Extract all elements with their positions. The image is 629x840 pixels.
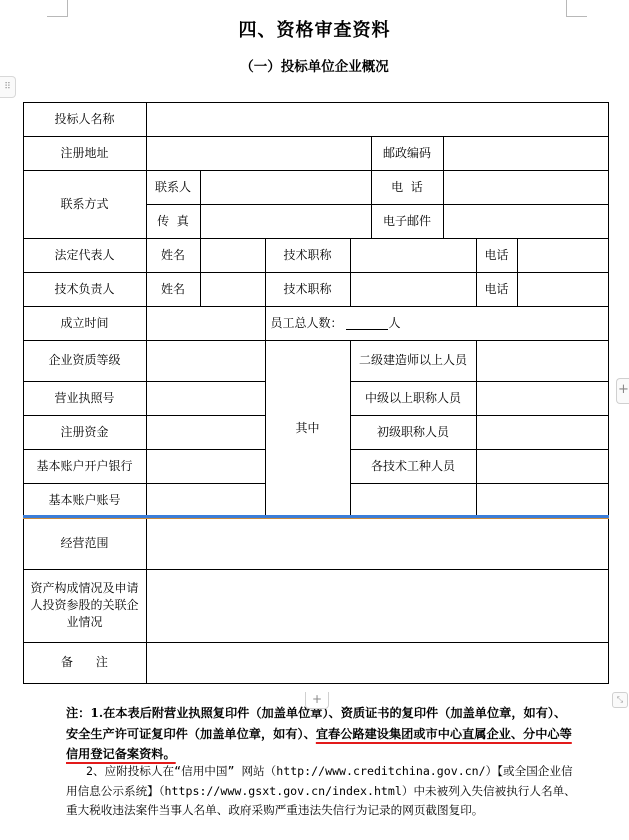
cell-license-label: 营业执照号 — [23, 381, 147, 416]
cell-bank-label: 基本账户开户银行 — [23, 449, 147, 484]
cell-email-value[interactable] — [443, 204, 609, 239]
cell-staff-count[interactable]: 员工总人数： 人 — [265, 306, 609, 341]
cell-staff-breakdown-label: 初级职称人员 — [350, 415, 477, 450]
cell-founded-label: 成立时间 — [23, 306, 147, 341]
cell-tech-lead-phone-value[interactable] — [517, 272, 609, 307]
cell-legal-rep-title-value[interactable] — [350, 238, 477, 273]
cell-business-scope-label: 经营范围 — [23, 517, 147, 570]
staff-count-label: 员工总人数： — [271, 315, 343, 332]
cell-staff-breakdown-value[interactable] — [476, 449, 609, 484]
cell-legal-rep-phone-label: 电话 — [476, 238, 518, 273]
add-row-button[interactable]: + — [305, 692, 329, 709]
cell-staff-breakdown-label: 各技术工种人员 — [350, 449, 477, 484]
add-column-button[interactable]: + — [616, 378, 629, 404]
cell-staff-breakdown-label: 中级以上职称人员 — [350, 381, 477, 416]
cell-founded-value[interactable] — [146, 306, 266, 341]
cell-tech-lead-name-label: 姓名 — [146, 272, 201, 307]
section-subtitle: （一）投标单位企业概况 — [0, 55, 629, 75]
cell-legal-rep-name-label: 姓名 — [146, 238, 201, 273]
note-1: 注：1.在本表后附营业执照复印件（加盖单位章）、资质证书的复印件（加盖单位章，如… — [66, 703, 576, 765]
cell-staff-breakdown-label: 二级建造师以上人员 — [350, 340, 477, 382]
cell-fax-label: 传 真 — [146, 204, 201, 239]
cell-tech-lead-title-value[interactable] — [350, 272, 477, 307]
cell-legal-rep-phone-value[interactable] — [517, 238, 609, 273]
cell-tech-lead-label: 技术负责人 — [23, 272, 147, 307]
cell-qualification-label: 企业资质等级 — [23, 340, 147, 382]
cell-legal-rep-label: 法定代表人 — [23, 238, 147, 273]
cell-reg-capital-label: 注册资金 — [23, 415, 147, 450]
page-corner-mark-left — [47, 0, 68, 17]
cell-postcode-label: 邮政编码 — [371, 136, 444, 171]
staff-count-blank[interactable] — [346, 317, 388, 330]
cell-legal-rep-title-label: 技术职称 — [265, 238, 351, 273]
cell-staff-breakdown-label[interactable] — [350, 483, 477, 518]
page-title: 四、资格审查资料 — [0, 16, 629, 42]
cell-bank-value[interactable] — [146, 449, 266, 484]
cell-staff-breakdown-value[interactable] — [476, 483, 609, 518]
cell-contact-person-label: 联系人 — [146, 170, 201, 205]
cell-reg-address-label: 注册地址 — [23, 136, 147, 171]
cell-legal-rep-name-value[interactable] — [200, 238, 266, 273]
note-2: 2、应附投标人在“信用中国” 网站（http://www.creditchina… — [66, 762, 576, 821]
note-2-text: 2、应附投标人在“信用中国” 网站（http://www.creditchina… — [66, 764, 576, 817]
cell-bidder-name-label: 投标人名称 — [23, 102, 147, 137]
row-selection-indicator — [23, 515, 609, 518]
cell-remarks-value[interactable] — [146, 642, 609, 684]
cell-phone-value[interactable] — [443, 170, 609, 205]
cell-license-value[interactable] — [146, 381, 266, 416]
cell-postcode-value[interactable] — [443, 136, 609, 171]
cell-staff-breakdown-value[interactable] — [476, 340, 609, 382]
table-resize-icon[interactable]: ⤡ — [612, 692, 628, 708]
cell-account-value[interactable] — [146, 483, 266, 518]
cell-assets-value[interactable] — [146, 569, 609, 643]
cell-qualification-value[interactable] — [146, 340, 266, 382]
cell-fax-value[interactable] — [200, 204, 372, 239]
cell-account-label: 基本账户账号 — [23, 483, 147, 518]
cell-contact-label: 联系方式 — [23, 170, 147, 239]
cell-tech-lead-title-label: 技术职称 — [265, 272, 351, 307]
staff-count-unit: 人 — [389, 315, 401, 332]
cell-phone-label: 电 话 — [371, 170, 444, 205]
cell-staff-breakdown-value[interactable] — [476, 381, 609, 416]
table-drag-handle-icon[interactable]: ⠿ — [0, 76, 16, 98]
cell-business-scope-value[interactable] — [146, 517, 609, 570]
cell-assets-label: 资产构成情况及申请人投资参股的关联企业情况 — [23, 569, 147, 643]
cell-contact-person-value[interactable] — [200, 170, 372, 205]
cell-reg-capital-value[interactable] — [146, 415, 266, 450]
cell-bidder-name-value[interactable] — [146, 102, 609, 137]
cell-staff-breakdown-value[interactable] — [476, 415, 609, 450]
cell-remarks-label: 备 注 — [23, 642, 147, 684]
cell-tech-lead-phone-label: 电话 — [476, 272, 518, 307]
cell-among-label: 其中 — [265, 340, 351, 518]
cell-reg-address-value[interactable] — [146, 136, 372, 171]
cell-email-label: 电子邮件 — [371, 204, 444, 239]
cell-tech-lead-name-value[interactable] — [200, 272, 266, 307]
page-corner-mark-right — [566, 0, 587, 17]
